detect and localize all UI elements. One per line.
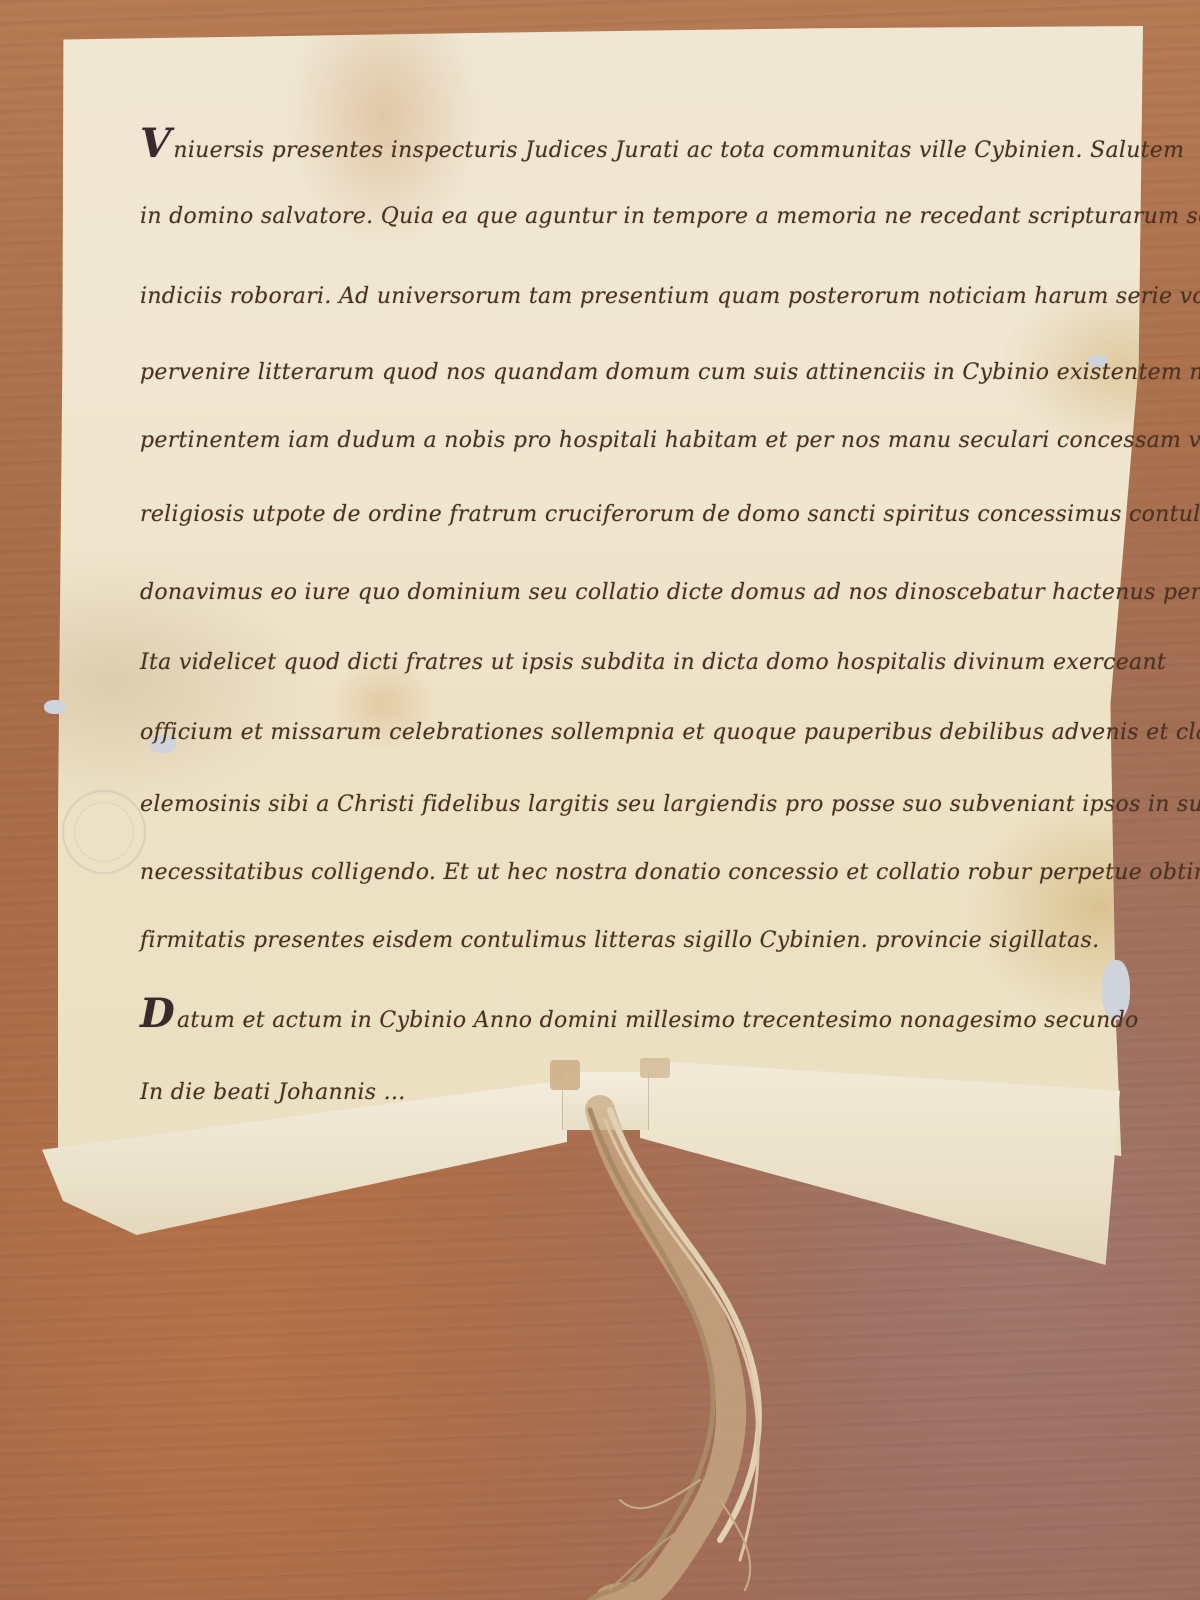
decorated-initial: D bbox=[140, 990, 175, 1037]
charter-line: Datum et actum in Cybinio Anno domini mi… bbox=[140, 990, 1139, 1037]
charter-line: donavimus eo iure quo dominium seu colla… bbox=[140, 580, 1200, 605]
charter-line: elemosinis sibi a Christi fidelibus larg… bbox=[140, 792, 1200, 817]
charter-line: In die beati Johannis ... bbox=[140, 1080, 406, 1105]
charter-line: in domino salvatore. Quia ea que aguntur… bbox=[140, 204, 1200, 229]
decorated-initial: V bbox=[140, 120, 171, 167]
charter-line: indiciis roborari. Ad universorum tam pr… bbox=[140, 284, 1200, 309]
plica-fold-center bbox=[562, 1072, 649, 1130]
charter-line: religiosis utpote de ordine fratrum cruc… bbox=[140, 502, 1200, 527]
charter-line: Ita videlicet quod dicti fratres ut ipsi… bbox=[140, 650, 1166, 675]
charter-line: pervenire litterarum quod nos quandam do… bbox=[140, 360, 1200, 385]
charter-line: Vniuersis presentes inspecturis Judices … bbox=[140, 120, 1184, 167]
charter-line: firmitatis presentes eisdem contulimus l… bbox=[140, 928, 1099, 953]
library-stamp bbox=[62, 790, 146, 874]
charter-line: necessitatibus colligendo. Et ut hec nos… bbox=[140, 860, 1200, 885]
charter-line: officium et missarum celebrationes solle… bbox=[140, 720, 1200, 745]
charter-line: pertinentem iam dudum a nobis pro hospit… bbox=[140, 428, 1200, 453]
parchment-hole-left bbox=[44, 700, 66, 714]
